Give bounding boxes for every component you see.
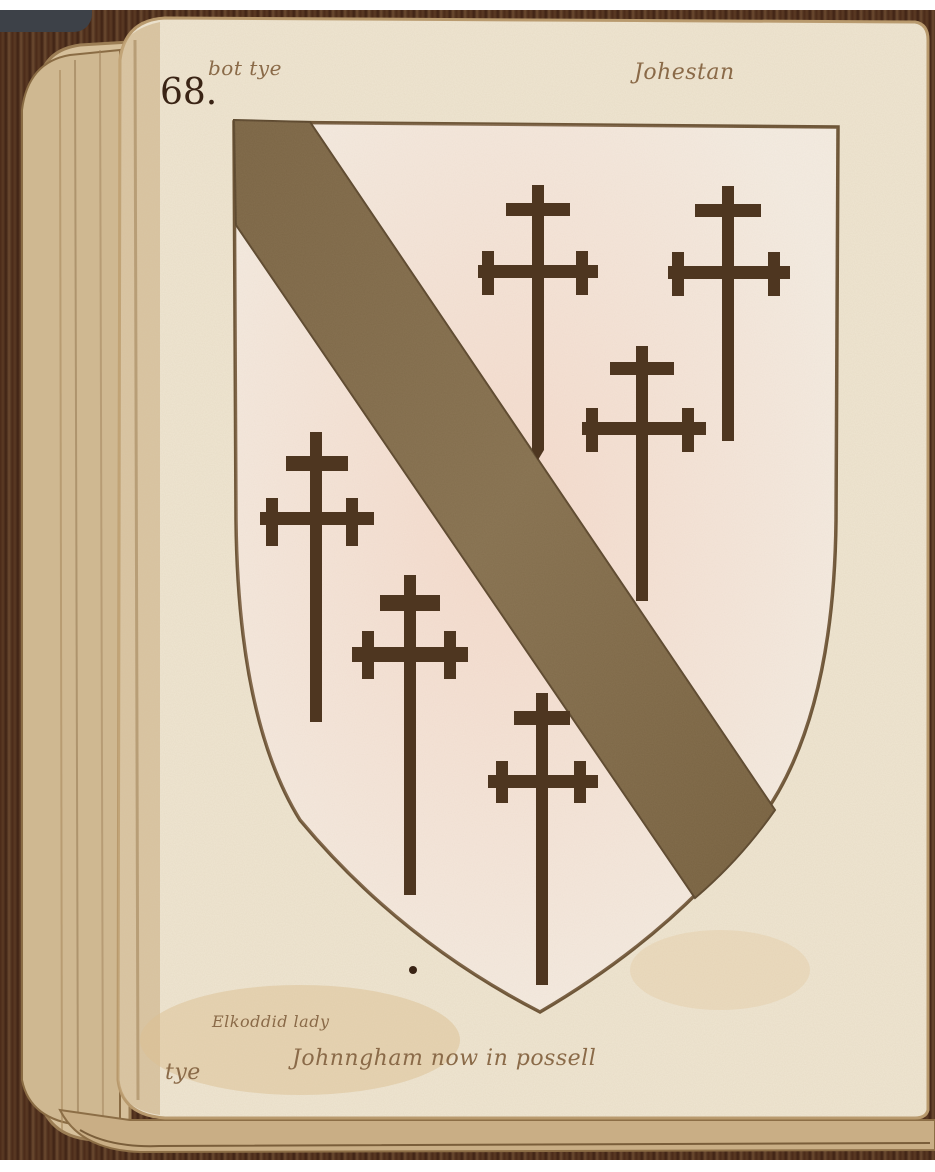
annotation-bottom-main: Johnngham now in possell: [292, 1046, 596, 1071]
manuscript-illustration: [0, 0, 935, 1172]
annotation-top-left: bot tye: [208, 56, 282, 80]
annotation-top-right: Johestan: [634, 60, 735, 85]
annotation-bottom-left: tye: [165, 1060, 201, 1085]
ink-dot: [409, 966, 417, 974]
annotation-bottom-small: Elkoddid lady: [212, 1012, 330, 1031]
